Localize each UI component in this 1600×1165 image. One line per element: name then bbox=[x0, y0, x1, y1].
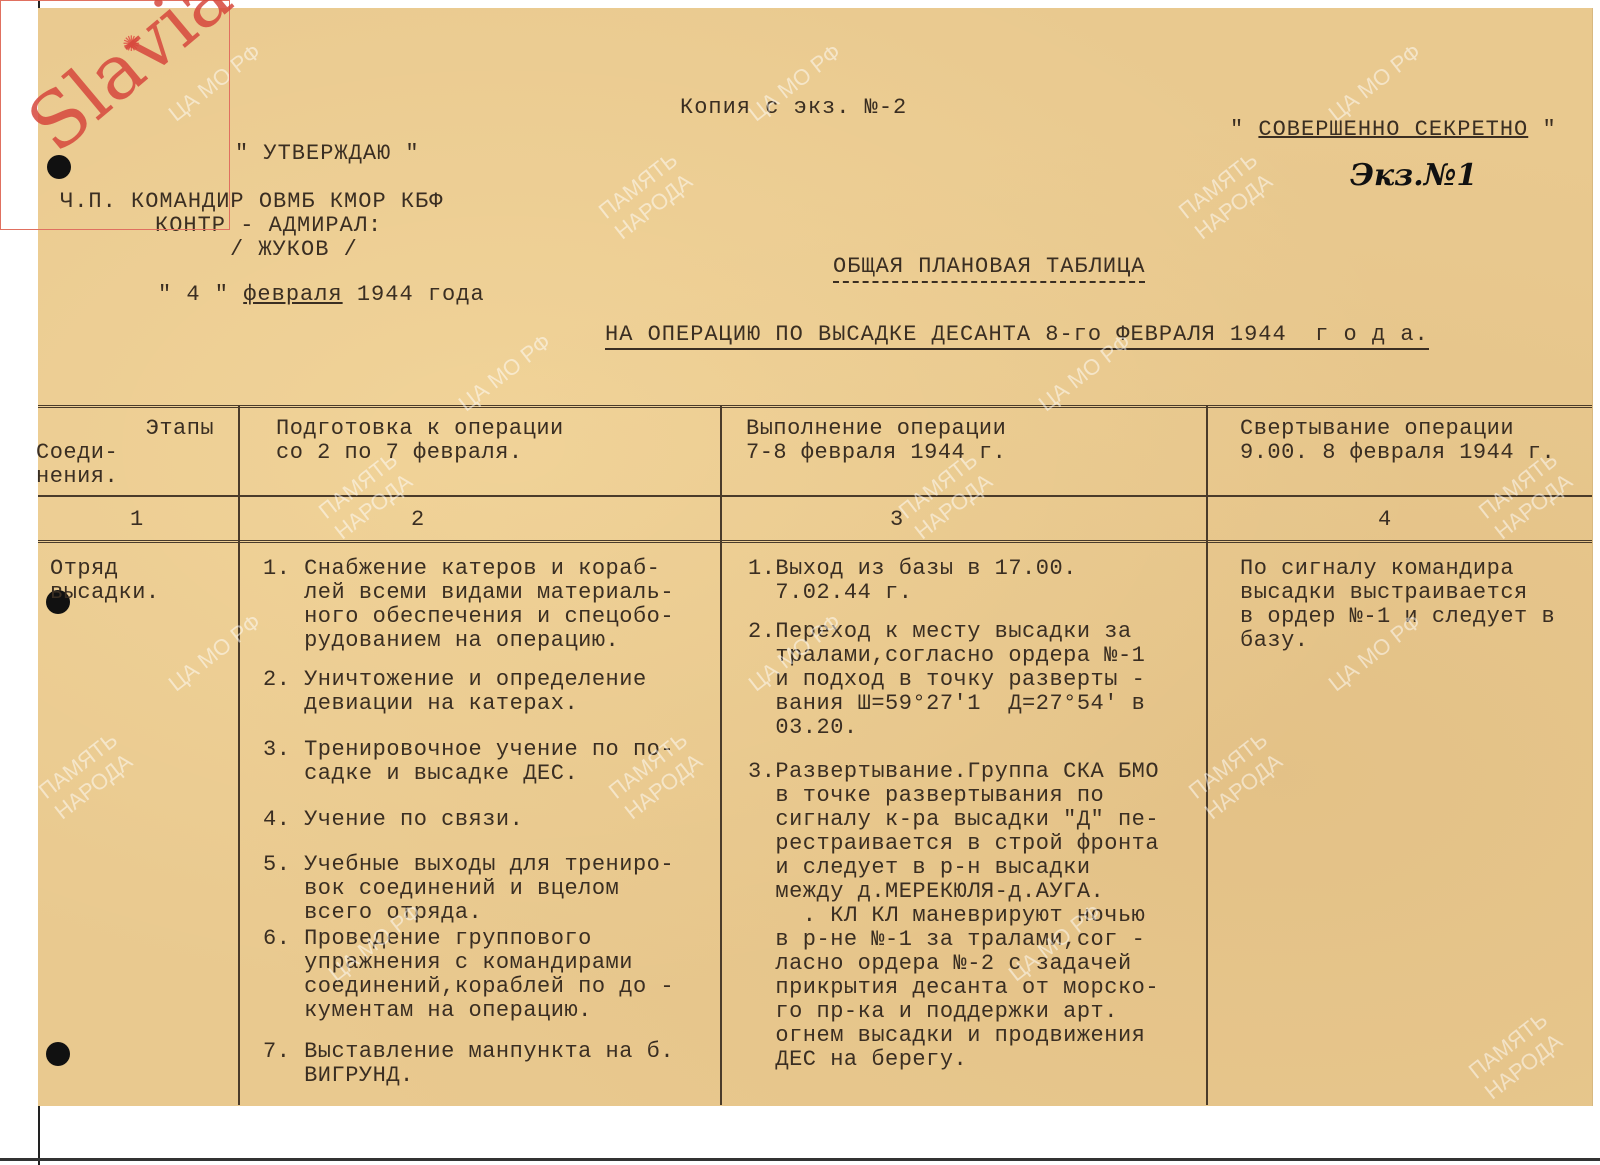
plan-table: Этапы Соеди- нения. Подготовка к операци… bbox=[38, 405, 1592, 1105]
preparation-item: 4. Учение по связи. bbox=[263, 808, 523, 832]
handwritten-copy-number: Экз.№1 bbox=[1350, 158, 1477, 193]
brand-name: Slavia bbox=[11, 0, 248, 169]
preparation-item: 6. Проведение группового упражнения с ко… bbox=[263, 927, 674, 1023]
document-title: ОБЩАЯ ПЛАНОВАЯ ТАБЛИЦА bbox=[833, 255, 1145, 283]
column-number: 4 bbox=[1378, 507, 1391, 532]
secrecy-label: СОВЕРШЕННО СЕКРЕТНО bbox=[1258, 117, 1528, 142]
preparation-item: 1. Снабжение катеров и кораб- лей всеми … bbox=[263, 557, 674, 653]
column-divider bbox=[1206, 405, 1208, 1105]
table-top-rule bbox=[38, 405, 1592, 408]
secrecy-stamp: " СОВЕРШЕННО СЕКРЕТНО " bbox=[1230, 118, 1557, 142]
preparation-item: 7. Выставление манпункта на б. ВИГРУНД. bbox=[263, 1040, 674, 1088]
date-month: февраля bbox=[243, 282, 342, 307]
column-number: 1 bbox=[130, 507, 143, 532]
column-number: 2 bbox=[411, 507, 424, 532]
brand-watermark: ✺ Slavia bbox=[0, 0, 230, 230]
column-divider bbox=[238, 405, 240, 1105]
document-subtitle: НА ОПЕРАЦИЮ ПО ВЫСАДКЕ ДЕСАНТА 8-го ФЕВР… bbox=[605, 323, 1429, 350]
column-divider bbox=[720, 405, 722, 1105]
column-header-preparation: Подготовка к операции со 2 по 7 февраля. bbox=[276, 417, 564, 465]
unit-name: Отряд высадки. bbox=[50, 557, 160, 605]
approver-name: / ЖУКОВ / bbox=[230, 238, 358, 262]
approval-date: " 4 " февраля 1944 года bbox=[158, 283, 485, 307]
number-rule bbox=[38, 540, 1592, 543]
header-rule bbox=[38, 495, 1592, 497]
quote-close: " bbox=[1528, 117, 1556, 142]
date-day: " 4 " bbox=[158, 282, 243, 307]
quote-open: " bbox=[1230, 117, 1258, 142]
column-header-units: Этапы Соеди- нения. bbox=[36, 417, 214, 489]
scan-bottom-edge bbox=[0, 1158, 1600, 1161]
execution-item: 1.Выход из базы в 17.00. 7.02.44 г. bbox=[748, 557, 1077, 605]
column-header-rollup: Свертывание операции 9.00. 8 февраля 194… bbox=[1240, 417, 1555, 465]
approve-label: " УТВЕРЖДАЮ " bbox=[235, 142, 420, 166]
preparation-item: 5. Учебные выходы для трениро- вок соеди… bbox=[263, 853, 674, 925]
date-year: 1944 года bbox=[343, 282, 485, 307]
preparation-item: 2. Уничтожение и определение девиации на… bbox=[263, 668, 647, 716]
